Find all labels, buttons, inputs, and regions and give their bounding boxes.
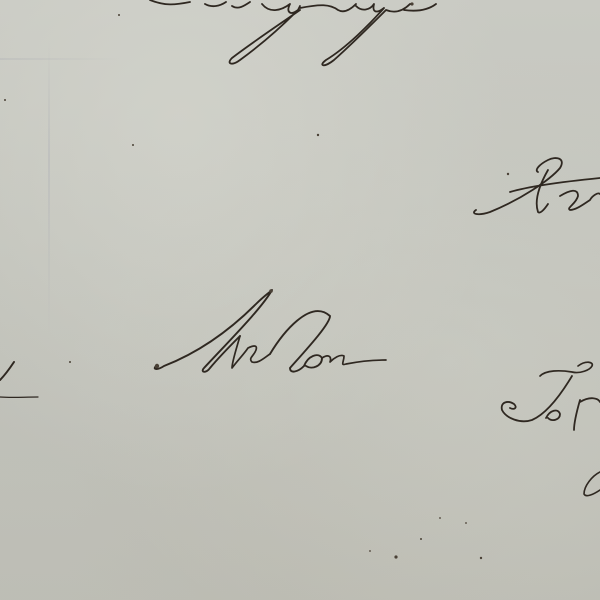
handwritten-word-top bbox=[150, 0, 436, 65]
handwritten-word-tok bbox=[502, 362, 600, 430]
handwritten-word-melon bbox=[155, 289, 386, 372]
handwritten-fragment-left bbox=[0, 362, 38, 397]
handwritten-fragment-bottom-right bbox=[584, 472, 600, 496]
handwritten-word-hau bbox=[474, 158, 600, 214]
handwriting-layer bbox=[0, 0, 600, 600]
paper-specks bbox=[4, 14, 482, 559]
